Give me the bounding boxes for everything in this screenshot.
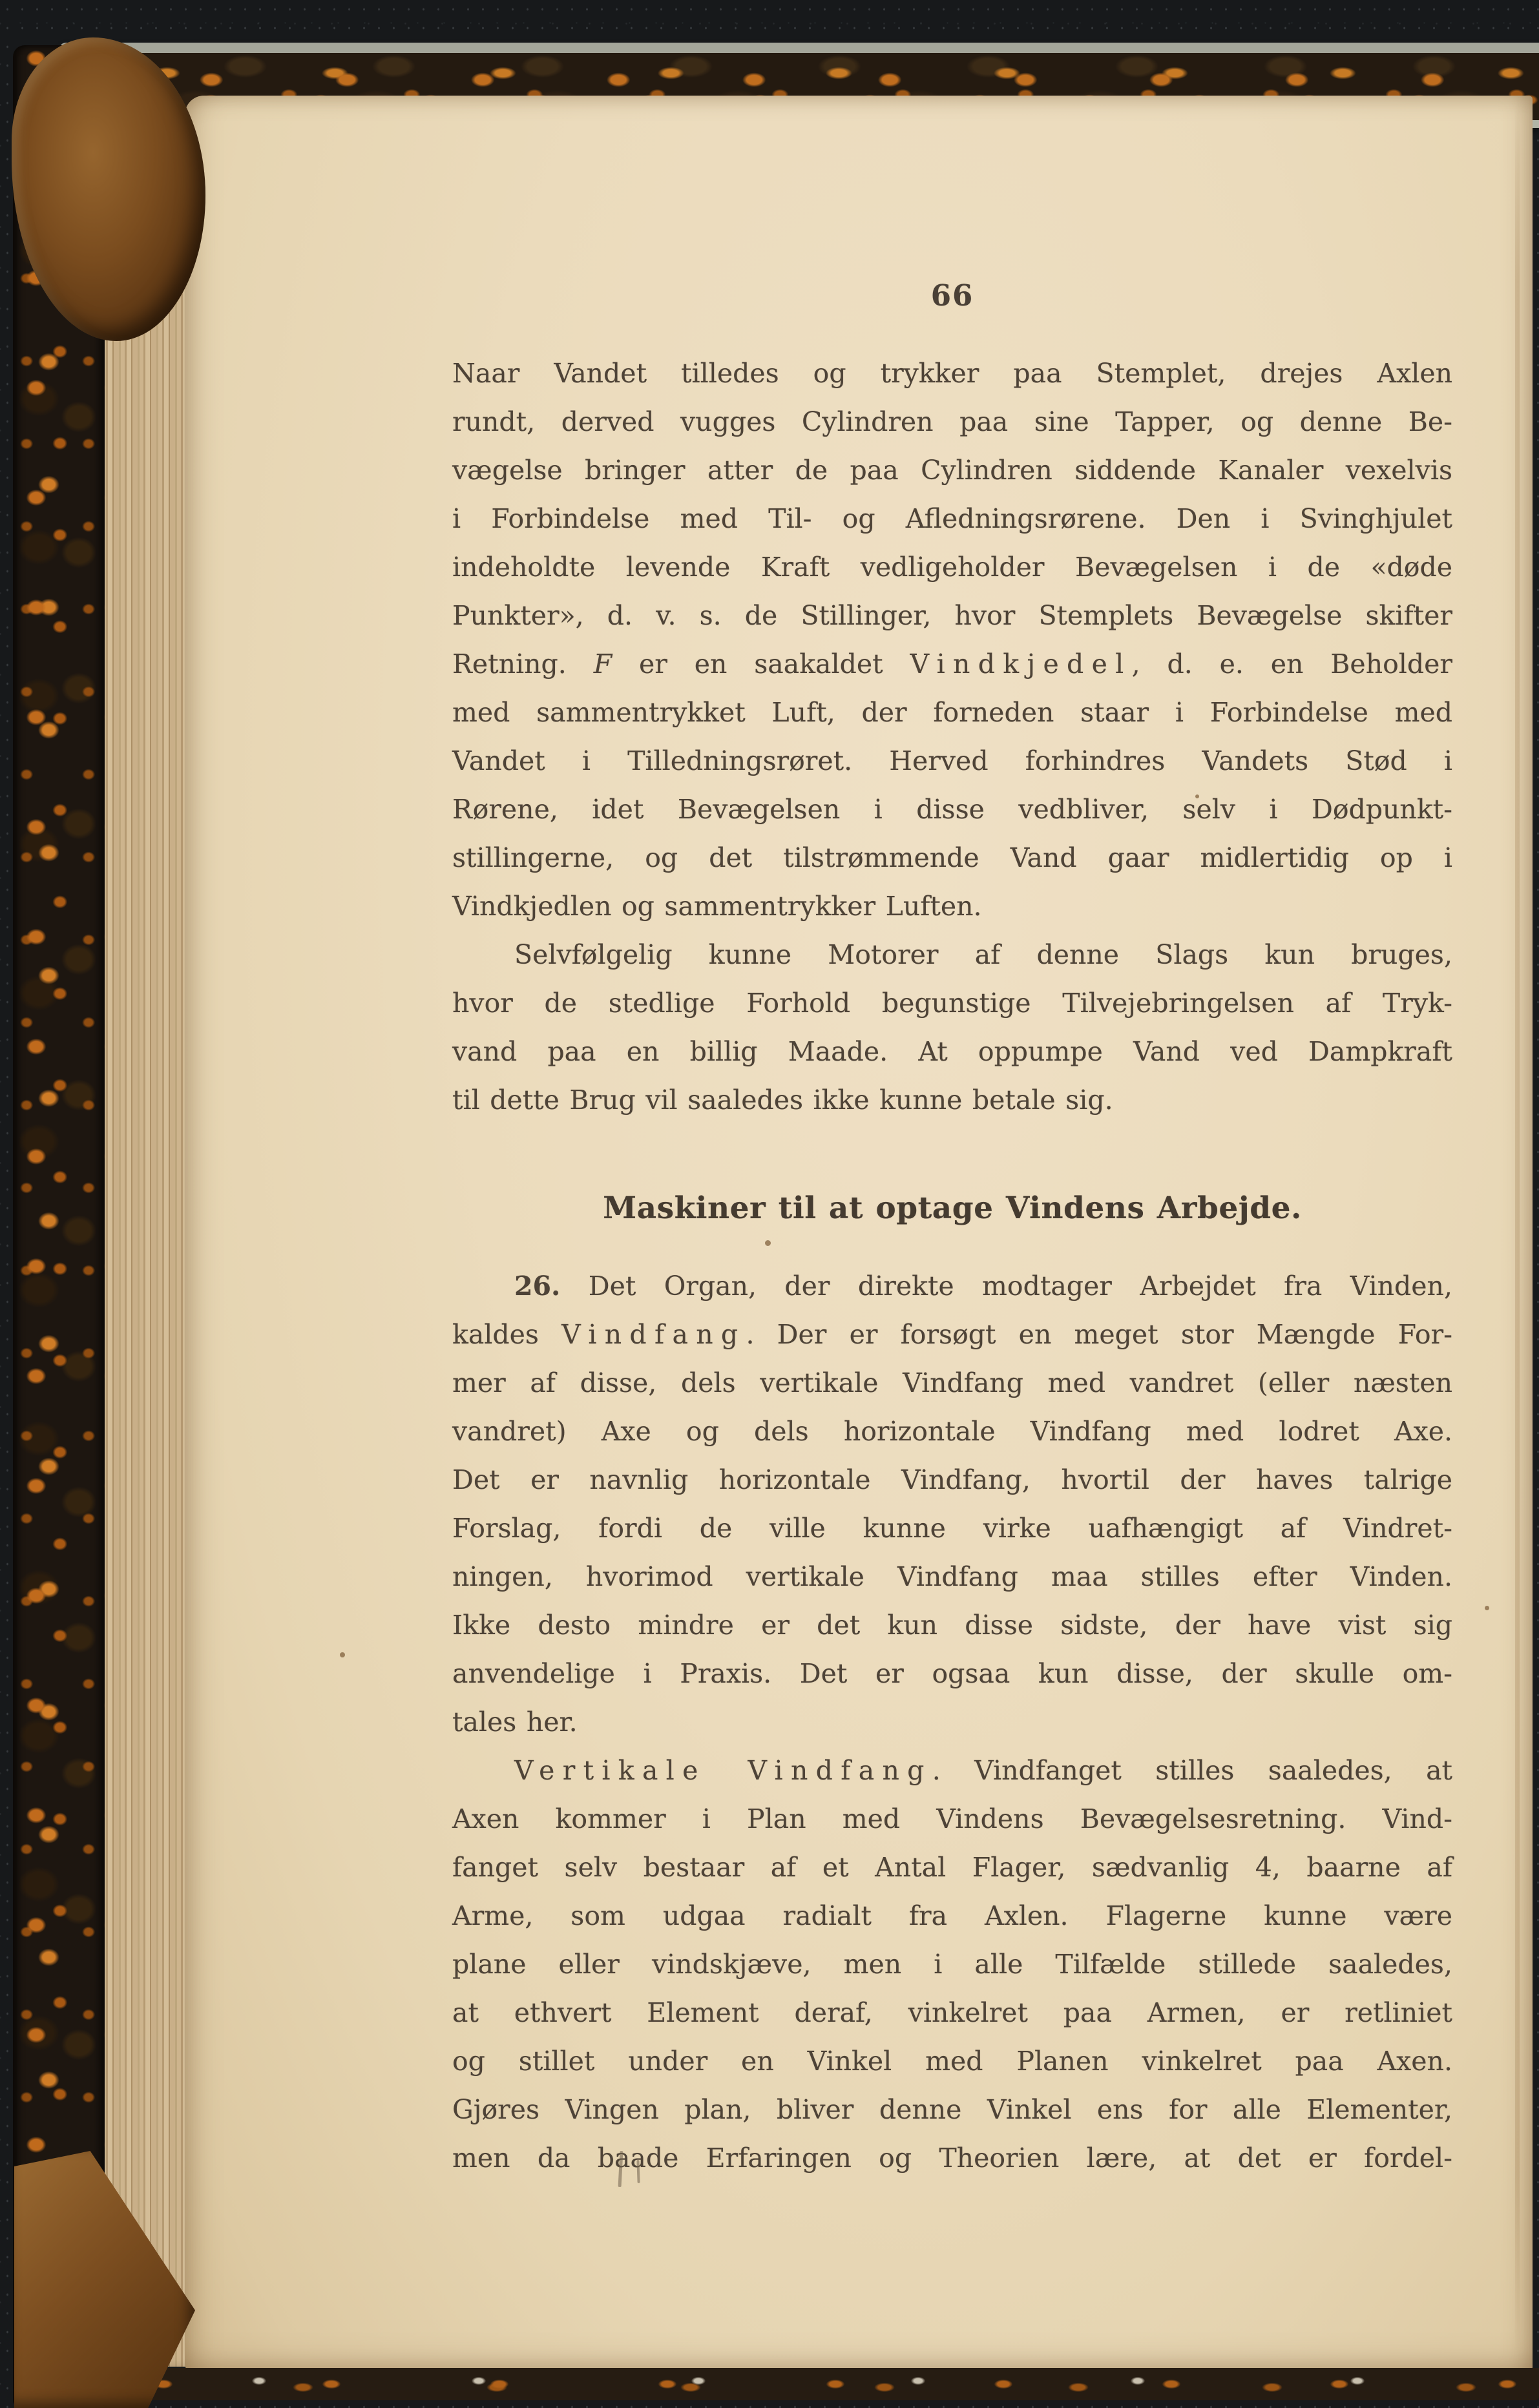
text-line: Rørene, idet Bevægelsen i disse vedblive… bbox=[452, 785, 1452, 834]
text-line: Vertikale Vindfang. Vindfanget stilles s… bbox=[452, 1747, 1452, 1795]
text-line: fanget selv bestaar af et Antal Flager, … bbox=[452, 1843, 1452, 1892]
text-line: 26. Det Organ, der direkte modtager Arbe… bbox=[452, 1262, 1452, 1311]
page-fore-edges bbox=[102, 109, 196, 2367]
text-line: i Forbindelse med Til- og Afledningsrøre… bbox=[452, 495, 1452, 543]
section-heading: Maskiner til at optage Vindens Arbejde. bbox=[452, 1184, 1452, 1232]
page-number: 66 bbox=[452, 271, 1452, 320]
text-line: vandret) Axe og dels horizontale Vindfan… bbox=[452, 1407, 1452, 1456]
text-line: Vindkjedlen og sammentrykker Luften. bbox=[452, 882, 1452, 931]
text-line: anvendelige i Praxis. Det er ogsaa kun d… bbox=[452, 1650, 1452, 1698]
text-line: vand paa en billig Maade. At oppumpe Van… bbox=[452, 1028, 1452, 1076]
text-line: Axen kommer i Plan med Vindens Bevægelse… bbox=[452, 1795, 1452, 1843]
text-line: Punkter», d. v. s. de Stillinger, hvor S… bbox=[452, 592, 1452, 640]
text-line: Ikke desto mindre er det kun disse sidst… bbox=[452, 1601, 1452, 1650]
paper-speck bbox=[765, 1240, 771, 1246]
paper-speck bbox=[340, 1652, 345, 1657]
text-line: stillingerne, og det tilstrømmende Vand … bbox=[452, 834, 1452, 882]
text-line: plane eller vindskjæve, men i alle Tilfæ… bbox=[452, 1940, 1452, 1989]
text-line: kaldes Vindfang. Der er forsøgt en meget… bbox=[452, 1311, 1452, 1359]
paragraph: Selvfølgelig kunne Motorer af denne Slag… bbox=[452, 931, 1452, 1125]
text-line: vægelse bringer atter de paa Cylindren s… bbox=[452, 446, 1452, 495]
text-line: at ethvert Element deraf, vinkelret paa … bbox=[452, 1989, 1452, 2037]
text-block: 66 Naar Vandet tilledes og trykker paa S… bbox=[452, 271, 1452, 2183]
text-line: Arme, som udgaa radialt fra Axlen. Flage… bbox=[452, 1892, 1452, 1940]
text-line: til dette Brug vil saaledes ikke kunne b… bbox=[452, 1076, 1452, 1125]
text-line: og stillet under en Vinkel med Planen vi… bbox=[452, 2037, 1452, 2086]
text-line: rundt, derved vugges Cylindren paa sine … bbox=[452, 398, 1452, 446]
paper-speck bbox=[1195, 794, 1199, 798]
text-line: men da baade Erfaringen og Theorien lære… bbox=[452, 2134, 1452, 2183]
text-line: hvor de stedlige Forhold begunstige Tilv… bbox=[452, 979, 1452, 1028]
book-spine-marbled bbox=[13, 45, 105, 2408]
text-line: ningen, hvorimod vertikale Vindfang maa … bbox=[452, 1553, 1452, 1601]
paper-speck bbox=[1485, 1606, 1489, 1610]
text-line: indeholdte levende Kraft vedligeholder B… bbox=[452, 543, 1452, 592]
paragraph: Naar Vandet tilledes og trykker paa Stem… bbox=[452, 349, 1452, 931]
scanner-bed-background: 66 Naar Vandet tilledes og trykker paa S… bbox=[0, 0, 1539, 2408]
text-line: Selvfølgelig kunne Motorer af denne Slag… bbox=[452, 931, 1452, 979]
text-line: med sammentrykket Luft, der forneden sta… bbox=[452, 689, 1452, 737]
text-line: Forslag, fordi de ville kunne virke uafh… bbox=[452, 1504, 1452, 1553]
book-cover-bottom-edge bbox=[138, 2368, 1539, 2400]
text-line: Det er navnlig horizontale Vindfang, hvo… bbox=[452, 1456, 1452, 1504]
book-page: 66 Naar Vandet tilledes og trykker paa S… bbox=[185, 96, 1533, 2372]
paragraph: Vertikale Vindfang. Vindfanget stilles s… bbox=[452, 1747, 1452, 2183]
text-line: Vandet i Tilledningsrøret. Herved forhin… bbox=[452, 737, 1452, 785]
page-curl-shadow bbox=[1515, 101, 1520, 2354]
text-line: Gjøres Vingen plan, bliver denne Vinkel … bbox=[452, 2086, 1452, 2134]
text-line: tales her. bbox=[452, 1698, 1452, 1747]
text-line: mer af disse, dels vertikale Vindfang me… bbox=[452, 1359, 1452, 1407]
paragraph: 26. Det Organ, der direkte modtager Arbe… bbox=[452, 1262, 1452, 1747]
text-line: Naar Vandet tilledes og trykker paa Stem… bbox=[452, 349, 1452, 398]
text-line: Retning. F er en saakaldet Vindkjedel, d… bbox=[452, 640, 1452, 689]
